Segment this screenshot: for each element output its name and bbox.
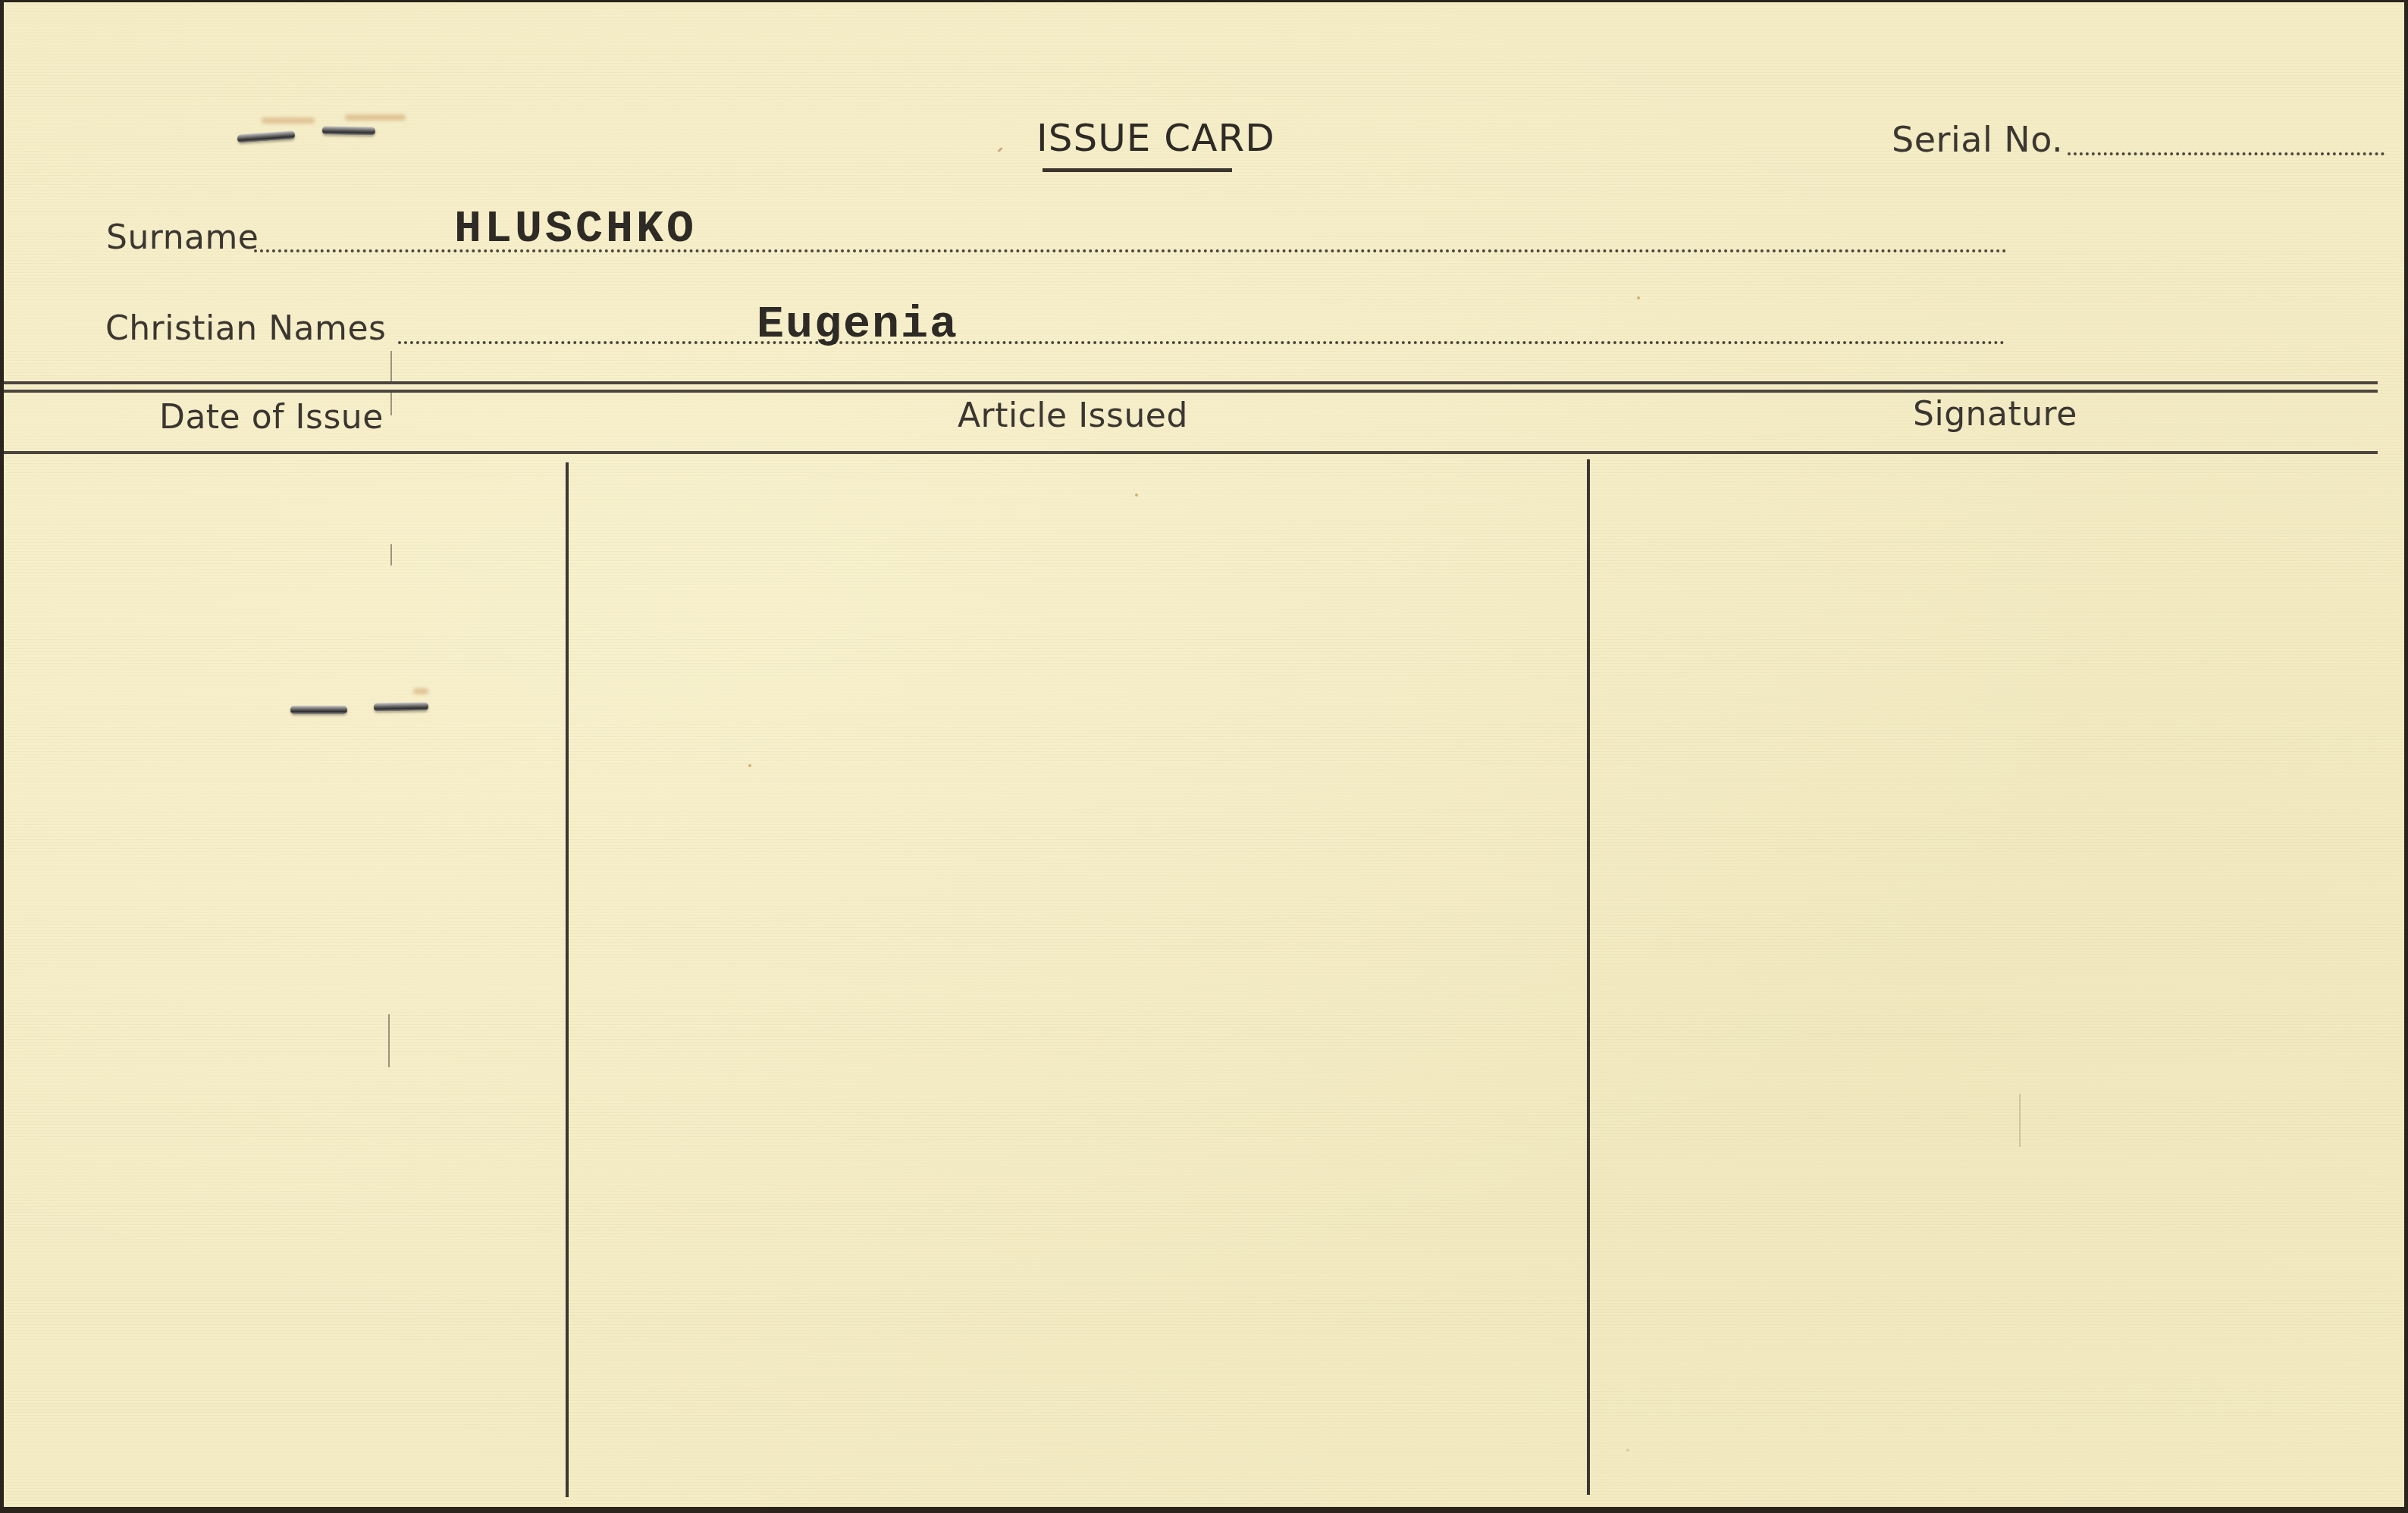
double-rule-bottom: [4, 390, 2378, 393]
surname-value: HLUSCHKO: [454, 204, 697, 255]
serial-no-field[interactable]: [2068, 152, 2384, 155]
staple-icon: [237, 130, 296, 143]
issue-card: ISSUE CARD Serial No. Surname HLUSCHKO C…: [4, 2, 2404, 1507]
card-title: ISSUE CARD: [1036, 116, 1275, 160]
paper-speck: [1637, 296, 1640, 299]
paper-speck: [1626, 1449, 1629, 1452]
paper-speck: [748, 764, 751, 767]
serial-no-label: Serial No.: [1892, 119, 2063, 160]
christian-names-value: Eugenia: [757, 299, 958, 351]
column-divider-1: [566, 462, 569, 1497]
christian-names-field[interactable]: [398, 341, 2005, 344]
column-header-article-issued: Article Issued: [958, 396, 1188, 435]
column-header-date-of-issue: Date of Issue: [159, 398, 384, 437]
article-issued-column[interactable]: [569, 457, 1585, 1503]
pencil-tick: [2019, 1094, 2021, 1147]
surname-label: Surname: [106, 218, 259, 257]
date-of-issue-column[interactable]: [4, 457, 565, 1503]
header-rule: [4, 451, 2378, 454]
title-underline: [1043, 168, 1232, 172]
column-divider-2: [1587, 459, 1590, 1495]
paper-speck: [997, 147, 1003, 153]
pencil-tick: [390, 544, 392, 565]
rust-stain: [345, 114, 406, 121]
pencil-tick: [390, 351, 392, 381]
staple-icon: [322, 126, 375, 135]
christian-names-label: Christian Names: [105, 309, 386, 348]
pencil-tick: [388, 1014, 390, 1067]
column-header-signature: Signature: [1913, 395, 2077, 434]
double-rule-top: [4, 381, 2378, 384]
pencil-tick: [390, 393, 392, 415]
paper-speck: [1135, 493, 1138, 497]
rust-stain: [262, 117, 315, 124]
signature-column[interactable]: [1591, 457, 2402, 1503]
